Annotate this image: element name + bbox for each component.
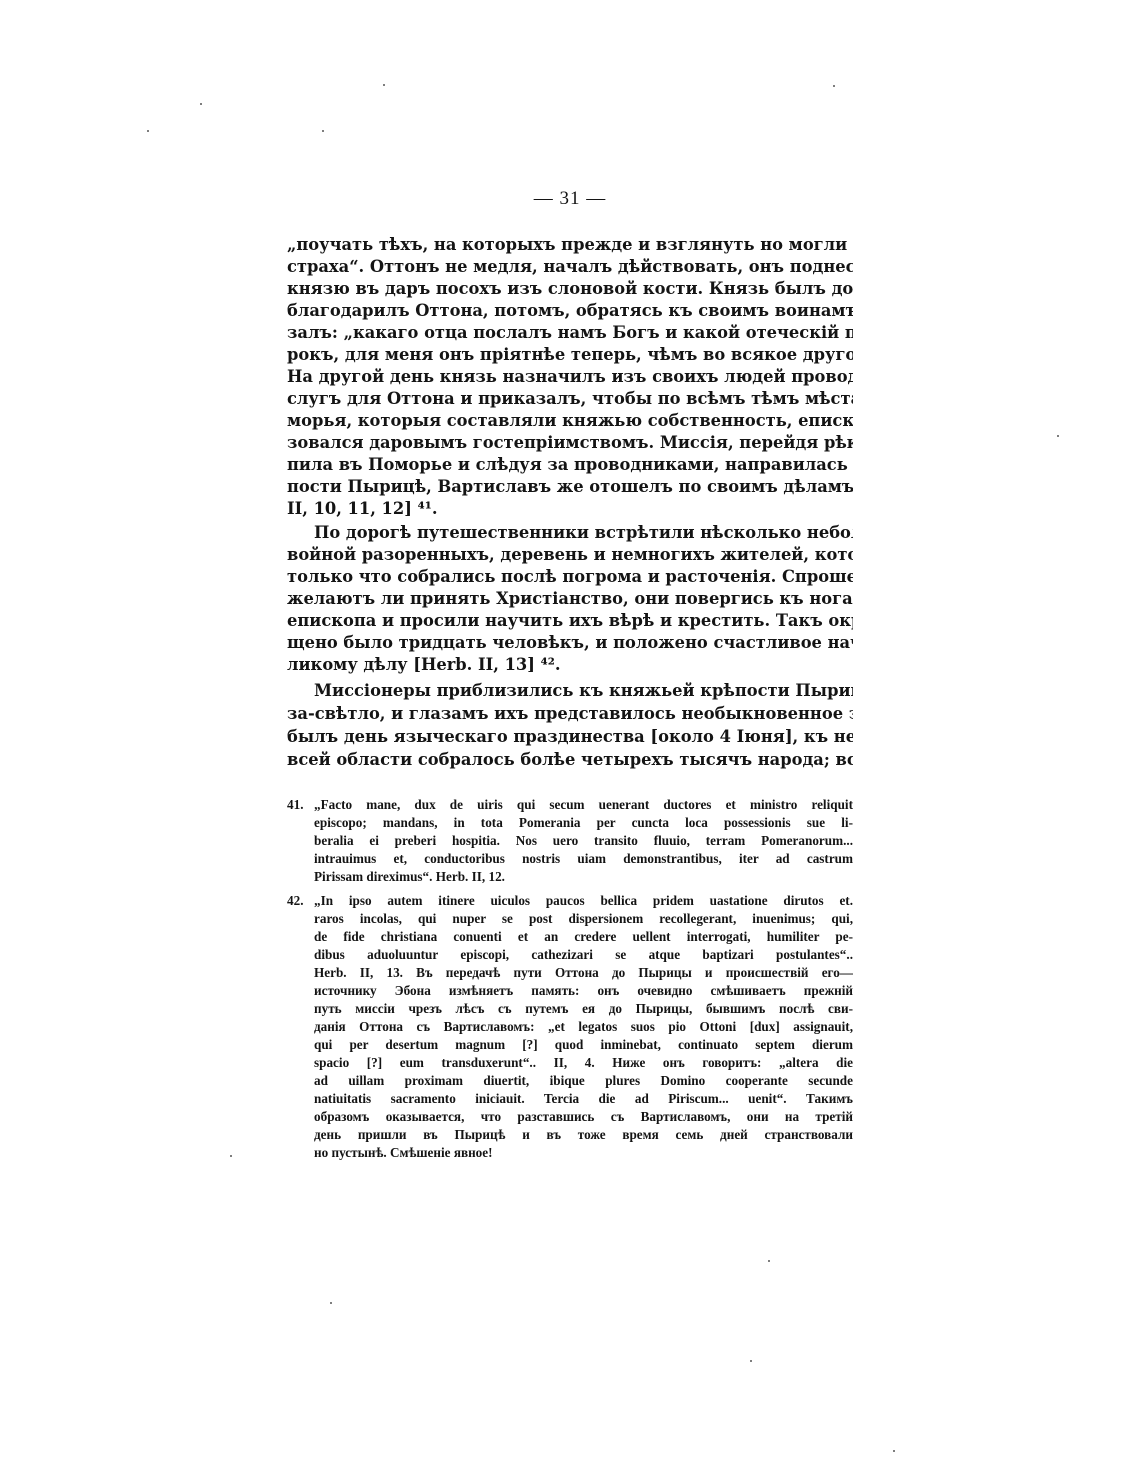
- body-line: „поучать тѣхъ, на которыхъ прежде и взгл…: [287, 234, 853, 256]
- body-line: II, 10, 11, 12] ⁴¹.: [287, 498, 853, 520]
- footnote-line: источнику Эбона измѣняетъ память: онъ оч…: [314, 982, 853, 999]
- footnote-line: spacio [?] eum transduxerunt“.. II, 4. Н…: [314, 1054, 853, 1071]
- footnote-line: но пустынѣ. Смѣшеніе явное!: [314, 1144, 853, 1161]
- footnote-number: 42.: [287, 892, 303, 909]
- body-line: за-свѣтло, и глазамъ ихъ представилось н…: [287, 703, 853, 725]
- body-line: только что собрались послѣ погрома и рас…: [287, 566, 853, 588]
- footnote-number: 41.: [287, 796, 303, 813]
- scan-speck: [200, 103, 202, 105]
- body-line: залъ: „какаго отца послалъ намъ Богъ и к…: [287, 322, 853, 344]
- footnote-line: „In ipso autem itinere uiculos paucos be…: [314, 892, 853, 909]
- footnote-line: данія Оттона съ Вартиславомъ: „et legato…: [314, 1018, 853, 1035]
- body-line: благодарилъ Оттона, потомъ, обратясь къ …: [287, 300, 853, 322]
- footnote-line: raros incolas, qui nuper se post dispers…: [314, 910, 853, 927]
- footnote-line: dibus aduoluuntur episcopi, cathezizari …: [314, 946, 853, 963]
- body-line: морья, которыя составляли княжью собстве…: [287, 410, 853, 432]
- footnote-line: Pirissam direximus“. Herb. II, 12.: [314, 868, 853, 885]
- body-line: пила въ Поморье и слѣдуя за проводниками…: [287, 454, 853, 476]
- scan-speck: [322, 130, 324, 132]
- body-line: былъ день языческаго праздинества [около…: [287, 726, 853, 748]
- scan-speck: [893, 1450, 895, 1452]
- footnote-line: день пришли въ Пырицѣ и въ тоже время се…: [314, 1126, 853, 1143]
- scan-speck: [750, 1360, 752, 1362]
- body-line: На другой день князь назначилъ изъ своих…: [287, 366, 853, 388]
- body-line: слугъ для Оттона и приказалъ, чтобы по в…: [287, 388, 853, 410]
- footnote-line: образомъ оказывается, что разставшись съ…: [314, 1108, 853, 1125]
- page-number: — 31 —: [0, 188, 1140, 210]
- body-line: князю въ даръ посохъ изъ слоновой кости.…: [287, 278, 853, 300]
- body-line: По дорогѣ путешественники встрѣтили нѣск…: [314, 522, 853, 544]
- footnote-line: natiuitatis sacramento iniciauit. Tercia…: [314, 1090, 853, 1107]
- body-line: щено было тридцать человѣкъ, и положено …: [287, 632, 853, 654]
- body-line: епископа и просили научить ихъ вѣрѣ и кр…: [287, 610, 853, 632]
- body-line: войной разоренныхъ, деревень и немногихъ…: [287, 544, 853, 566]
- footnote-line: intrauimus et, conductoribus nostris uia…: [314, 850, 853, 867]
- scan-speck: [330, 1302, 332, 1304]
- body-line: Миссіонеры приблизились къ княжьей крѣпо…: [314, 680, 853, 702]
- scan-speck: [383, 84, 385, 86]
- footnote-line: ad uillam proximam diuertit, ibique plur…: [314, 1072, 853, 1089]
- body-line: зовался даровымъ гостепріимствомъ. Миссі…: [287, 432, 853, 454]
- scan-speck: [230, 1155, 232, 1157]
- footnote-line: de fide christiana conuenti et an creder…: [314, 928, 853, 945]
- body-line: желаютъ ли принять Христіанство, они пов…: [287, 588, 853, 610]
- scan-speck: [768, 1260, 770, 1262]
- body-line: пости Пырицѣ, Вартиславъ же отошелъ по с…: [287, 476, 853, 498]
- body-line: ликому дѣлу [Herb. II, 13] ⁴².: [287, 654, 853, 676]
- body-line: всей области собралось болѣе четырехъ ты…: [287, 749, 853, 771]
- scan-speck: [147, 130, 149, 132]
- scan-speck: [833, 85, 835, 87]
- footnote-line: episcopo; mandans, in tota Pomerania per…: [314, 814, 853, 831]
- footnote-line: Herb. II, 13. Въ передачѣ пути Оттона до…: [314, 964, 853, 981]
- book-page: — 31 — „поучать тѣхъ, на которыхъ прежде…: [0, 0, 1140, 1468]
- scan-speck: [1057, 435, 1059, 437]
- footnote-line: qui per desertum magnum [?] quod inmineb…: [314, 1036, 853, 1053]
- body-line: страха“. Оттонъ не медля, началъ дѣйство…: [287, 256, 853, 278]
- footnote-line: beralia ei preberi hospitia. Nos uero tr…: [314, 832, 853, 849]
- footnote-line: „Facto mane, dux de uiris qui secum uene…: [314, 796, 853, 813]
- body-line: рокъ, для меня онъ пріятнѣе теперь, чѣмъ…: [287, 344, 853, 366]
- footnote-line: путь миссіи чрезъ лѣсъ съ путемъ ея до П…: [314, 1000, 853, 1017]
